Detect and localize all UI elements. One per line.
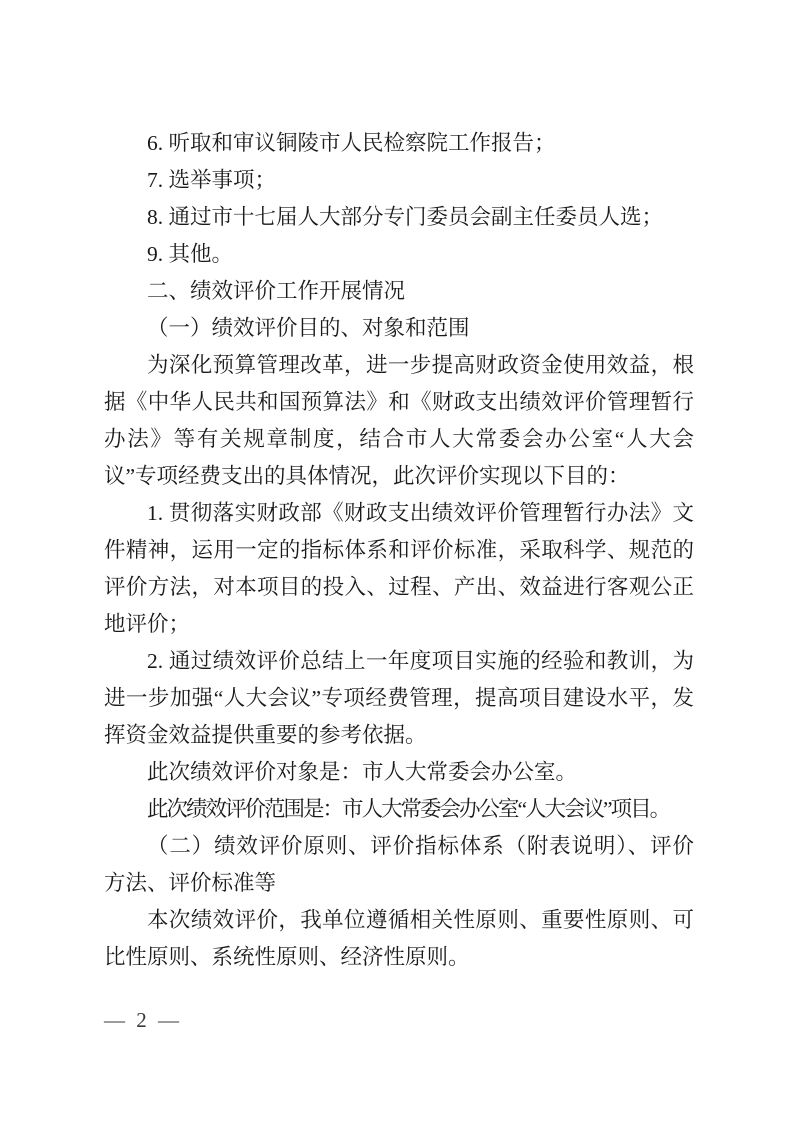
paragraph-eval-scope: 此次绩效评价范围是：市人大常委会办公室“人大会议”项目。	[104, 791, 694, 828]
paragraph-purpose-intro: 为深化预算管理改革，进一步提高财政资金使用效益，根据《中华人民共和国预算法》和《…	[104, 347, 694, 495]
paragraph-goal-1: 1. 贯彻落实财政部《财政支出绩效评价管理暂行办法》文件精神，运用一定的指标体系…	[104, 495, 694, 643]
subsection-heading-2-2: （二）绩效评价原则、评价指标体系（附表说明）、评价方法、评价标准等	[104, 828, 694, 902]
page-number: — 2 —	[104, 1006, 179, 1034]
paragraph-principles: 本次绩效评价，我单位遵循相关性原则、重要性原则、可比性原则、系统性原则、经济性原…	[104, 902, 694, 976]
subsection-heading-2-1: （一）绩效评价目的、对象和范围	[104, 310, 694, 347]
paragraph-eval-object: 此次绩效评价对象是：市人大常委会办公室。	[104, 754, 694, 791]
document-page: 6. 听取和审议铜陵市人民检察院工作报告； 7. 选举事项； 8. 通过市十七届…	[0, 0, 793, 1122]
agenda-item-6: 6. 听取和审议铜陵市人民检察院工作报告；	[104, 125, 694, 162]
agenda-item-9: 9. 其他。	[104, 236, 694, 273]
agenda-item-7: 7. 选举事项；	[104, 162, 694, 199]
section-heading-2: 二、绩效评价工作开展情况	[104, 273, 694, 310]
paragraph-goal-2: 2. 通过绩效评价总结上一年度项目实施的经验和教训，为进一步加强“人大会议”专项…	[104, 643, 694, 754]
agenda-item-8: 8. 通过市十七届人大部分专门委员会副主任委员人选；	[104, 199, 694, 236]
document-body: 6. 听取和审议铜陵市人民检察院工作报告； 7. 选举事项； 8. 通过市十七届…	[104, 125, 694, 976]
